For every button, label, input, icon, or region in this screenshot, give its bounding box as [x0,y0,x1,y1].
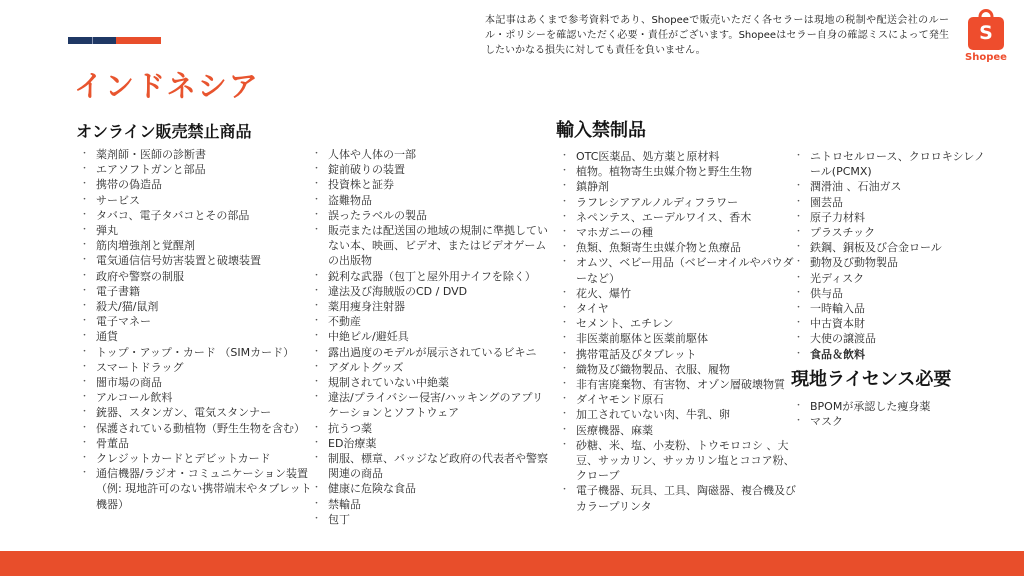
list-item: ・筋肉増強剤と覚醒剤 [78,238,318,253]
list-item: ・潤滑油 、石油ガス [792,179,994,194]
list-item: ・魚類、魚類寄生虫媒介物と魚療品 [558,240,800,255]
bullet-icon: ・ [78,451,96,466]
bullet-icon: ・ [310,147,328,162]
bullet-icon: ・ [558,210,576,225]
list-item: ・携帯電話及びタブレット [558,347,800,362]
bullet-icon: ・ [78,421,96,436]
bullet-icon: ・ [78,147,96,162]
list-item-text: ラフレシアアルノルディフラワー [576,195,800,210]
bag-handle-icon [979,9,994,22]
bullet-icon: ・ [792,301,810,316]
bullet-icon: ・ [310,208,328,223]
list-item-text: 鉄鋼、銅板及び合金ロール [810,240,994,255]
list-item-text: 光ディスク [810,271,994,286]
bullet-icon: ・ [310,314,328,329]
list-item: ・加工されていない肉、牛乳、卵 [558,407,800,422]
list-item-text: 携帯の偽造品 [96,177,318,192]
bullet-icon: ・ [792,331,810,346]
list-item-text: 鎮静剤 [576,179,800,194]
list-item-text: 筋肉増強剤と覚醒剤 [96,238,318,253]
list-item: ・違法及び海賊版のCD / DVD [310,284,552,299]
list-item-text: 銃器、スタンガン、電気スタンナー [96,405,318,420]
bullet-icon: ・ [78,223,96,238]
list-item-text: BPOMが承認した痩身薬 [810,399,1002,414]
list-item: ・鉄鋼、銅板及び合金ロール [792,240,994,255]
list-item-text: 電気通信信号妨害装置と破壊装置 [96,253,318,268]
list-item: ・動物及び動物製品 [792,255,994,270]
bullet-icon: ・ [78,177,96,192]
list-item-text: 包丁 [328,512,552,527]
list-item: ・露出過度のモデルが展示されているビキニ [310,345,552,360]
shopee-logo: S Shopee [959,6,1013,63]
list-item: ・抗うつ薬 [310,421,552,436]
list-item-text: 非有害廃棄物、有害物、オゾン層破壊物質 [576,377,800,392]
list-item: ・スマートドラッグ [78,360,318,375]
list-item-text: ダイヤモンド原石 [576,392,800,407]
list-item: ・大使の譲渡品 [792,331,994,346]
license-required-list: ・BPOMが承認した痩身薬・マスク [792,399,1002,429]
list-item-text: 通信機器/ラジオ・コミュニケーション装置 （例: 現地許可のない携帯端末やタブレ… [96,466,318,512]
bullet-icon: ・ [558,483,576,513]
bullet-icon: ・ [78,253,96,268]
bullet-icon: ・ [558,164,576,179]
list-item-text: トップ・アップ・カード （SIMカード） [96,345,318,360]
list-item: ・BPOMが承認した痩身薬 [792,399,1002,414]
list-item: ・鎮静剤 [558,179,800,194]
list-item-text: 原子力材料 [810,210,994,225]
list-item: ・セメント、エチレン [558,316,800,331]
bullet-icon: ・ [78,238,96,253]
list-item-text: 露出過度のモデルが展示されているビキニ [328,345,552,360]
bullet-icon: ・ [792,271,810,286]
bullet-icon: ・ [78,269,96,284]
list-item-text: マホガニーの種 [576,225,800,240]
list-item: ・人体や人体の一部 [310,147,552,162]
list-item: ・中絶ピル/避妊具 [310,329,552,344]
list-item-text: 食品＆飲料 [810,347,994,362]
list-item-text: 販売または配送国の地域の規制に準拠していない本、映画、ビデオ、またはビデオゲーム… [328,223,552,269]
list-item: ・殺犬/猫/鼠剤 [78,299,318,314]
list-item: ・ラフレシアアルノルディフラワー [558,195,800,210]
bullet-icon: ・ [310,390,328,420]
list-item: ・トップ・アップ・カード （SIMカード） [78,345,318,360]
list-item-text: 医療機器、麻薬 [576,423,800,438]
list-item-text: 抗うつ薬 [328,421,552,436]
list-item: ・盗難物品 [310,193,552,208]
list-item-text: OTC医薬品、処方薬と原材料 [576,149,800,164]
bullet-icon: ・ [558,149,576,164]
list-item: ・薬用痩身注射器 [310,299,552,314]
list-item-text: 人体や人体の一部 [328,147,552,162]
bullet-icon: ・ [310,345,328,360]
list-item: ・ネペンテス、エーデルワイス、香木 [558,210,800,225]
shopee-bag-icon: S [968,17,1004,50]
list-item: ・闇市場の商品 [78,375,318,390]
page-title: インドネシア [74,64,260,105]
list-item-text: 鋭利な武器（包丁と屋外用ナイフを除く） [328,269,552,284]
list-item-text: アルコール飲料 [96,390,318,405]
section-heading-import-ban: 輸入禁制品 [556,116,646,142]
bullet-icon: ・ [310,269,328,284]
shopee-wordmark: Shopee [959,52,1013,63]
list-item-text: 通貨 [96,329,318,344]
list-item-text: プラスチック [810,225,994,240]
list-item-text: 花火、爆竹 [576,286,800,301]
list-item-text: 携帯電話及びタブレット [576,347,800,362]
list-item: ・制服、標章、バッジなど政府の代表者や警察関連の商品 [310,451,552,481]
list-item: ・通信機器/ラジオ・コミュニケーション装置 （例: 現地許可のない携帯端末やタブ… [78,466,318,512]
list-item-text: 加工されていない肉、牛乳、卵 [576,407,800,422]
list-item: ・弾丸 [78,223,318,238]
list-item: ・ED治療薬 [310,436,552,451]
bullet-icon: ・ [558,392,576,407]
bullet-icon: ・ [792,414,810,429]
list-item: ・ダイヤモンド原石 [558,392,800,407]
import-ban-list-col2: ・ニトロセルロース、クロロキシレノール(PCMX)・潤滑油 、石油ガス・園芸品・… [792,149,994,362]
list-item: ・保護されている動植物（野生生物を含む） [78,421,318,436]
bullet-icon: ・ [310,284,328,299]
list-item: ・電気通信信号妨害装置と破壊装置 [78,253,318,268]
bullet-icon: ・ [310,451,328,481]
list-item-text: 中古資本財 [810,316,994,331]
list-item-text: タイヤ [576,301,800,316]
bullet-icon: ・ [558,286,576,301]
list-item-text: 盗難物品 [328,193,552,208]
bullet-icon: ・ [558,423,576,438]
section-heading-online-ban: オンライン販売禁止商品 [76,119,252,142]
list-item: ・携帯の偽造品 [78,177,318,192]
bullet-icon: ・ [78,375,96,390]
bullet-icon: ・ [310,375,328,390]
bullet-icon: ・ [78,390,96,405]
bullet-icon: ・ [792,316,810,331]
deco-orange-segment [116,37,161,44]
online-ban-list-col2: ・人体や人体の一部・錠前破りの装置・投資株と証券・盗難物品・誤ったラベルの製品・… [310,147,552,527]
list-item: ・骨董品 [78,436,318,451]
bullet-icon: ・ [78,345,96,360]
list-item: ・銃器、スタンガン、電気スタンナー [78,405,318,420]
bullet-icon: ・ [310,421,328,436]
bullet-icon: ・ [78,299,96,314]
list-item-text: セメント、エチレン [576,316,800,331]
list-item: ・非有害廃棄物、有害物、オゾン層破壊物質 [558,377,800,392]
bullet-icon: ・ [310,497,328,512]
list-item: ・アダルトグッズ [310,360,552,375]
list-item-text: 動物及び動物製品 [810,255,994,270]
bullet-icon: ・ [310,299,328,314]
list-item-text: クレジットカードとデビットカード [96,451,318,466]
list-item-text: 砂糖、米、塩、小麦粉、トウモロコシ 、大豆、サッカリン、サッカリン塩とココア粉、… [576,438,800,484]
list-item-text: 一時輸入品 [810,301,994,316]
list-item-text: 潤滑油 、石油ガス [810,179,994,194]
list-item: ・通貨 [78,329,318,344]
list-item-text: 政府や警察の制服 [96,269,318,284]
list-item-text: 植物。植物寄生虫媒介物と野生生物 [576,164,800,179]
bullet-icon: ・ [558,195,576,210]
bullet-icon: ・ [792,399,810,414]
bullet-icon: ・ [558,301,576,316]
bullet-icon: ・ [792,149,810,179]
bullet-icon: ・ [792,255,810,270]
bullet-icon: ・ [558,331,576,346]
bullet-icon: ・ [558,240,576,255]
list-item: ・花火、爆竹 [558,286,800,301]
list-item-text: ニトロセルロース、クロロキシレノール(PCMX) [810,149,994,179]
bullet-icon: ・ [310,193,328,208]
bullet-icon: ・ [310,162,328,177]
list-item: ・鋭利な武器（包丁と屋外用ナイフを除く） [310,269,552,284]
bullet-icon: ・ [310,436,328,451]
list-item-text: 電子機器、玩具、工具、陶磁器、複合機及びカラープリンタ [576,483,800,513]
list-item-text: 誤ったラベルの製品 [328,208,552,223]
bullet-icon: ・ [558,225,576,240]
bullet-icon: ・ [792,240,810,255]
bullet-icon: ・ [310,481,328,496]
list-item-text: オムツ、ベビー用品（ベビーオイルやパウダーなど） [576,255,800,285]
decorative-bar [68,37,161,44]
list-item-text: 制服、標章、バッジなど政府の代表者や警察関連の商品 [328,451,552,481]
list-item: ・マスク [792,414,1002,429]
list-item-text: 殺犬/猫/鼠剤 [96,299,318,314]
list-item-text: 大使の譲渡品 [810,331,994,346]
list-item-text: 中絶ピル/避妊具 [328,329,552,344]
list-item: ・ニトロセルロース、クロロキシレノール(PCMX) [792,149,994,179]
list-item-text: 禁輸品 [328,497,552,512]
bullet-icon: ・ [78,360,96,375]
list-item: ・タイヤ [558,301,800,316]
list-item-text: マスク [810,414,1002,429]
list-item: ・規制されていない中絶薬 [310,375,552,390]
list-item-text: 違法及び海賊版のCD / DVD [328,284,552,299]
bullet-icon: ・ [792,195,810,210]
deco-navy-segment [68,37,92,44]
list-item: ・マホガニーの種 [558,225,800,240]
list-item-text: 違法/プライバシー侵害/ハッキングのアプリケーションとソフトウェア [328,390,552,420]
bullet-icon: ・ [558,179,576,194]
list-item: ・販売または配送国の地域の規制に準拠していない本、映画、ビデオ、またはビデオゲー… [310,223,552,269]
footer-bar [0,551,1024,576]
bullet-icon: ・ [78,284,96,299]
list-item: ・プラスチック [792,225,994,240]
list-item: ・サービス [78,193,318,208]
list-item-text: 規制されていない中絶薬 [328,375,552,390]
list-item: ・タバコ、電子タバコとその部品 [78,208,318,223]
bullet-icon: ・ [78,436,96,451]
list-item: ・政府や警察の制服 [78,269,318,284]
bullet-icon: ・ [792,179,810,194]
bullet-icon: ・ [558,347,576,362]
list-item-text: タバコ、電子タバコとその部品 [96,208,318,223]
disclaimer-text: 本記事はあくまで参考資料であり、Shopeeで販売いただく各セラーは現地の税制や… [485,13,949,58]
import-ban-list-col1: ・OTC医薬品、処方薬と原材料・植物。植物寄生虫媒介物と野生生物・鎮静剤・ラフレ… [558,149,800,514]
bullet-icon: ・ [78,329,96,344]
bullet-icon: ・ [792,286,810,301]
bullet-icon: ・ [78,466,96,512]
list-item: ・園芸品 [792,195,994,210]
online-ban-list-col1: ・薬剤師・医師の診断書・エアソフトガンと部品・携帯の偽造品・サービス・タバコ、電… [78,147,318,512]
list-item-text: 供与品 [810,286,994,301]
bullet-icon: ・ [792,225,810,240]
list-item: ・電子書籍 [78,284,318,299]
bullet-icon: ・ [558,407,576,422]
list-item-text: 保護されている動植物（野生生物を含む） [96,421,318,436]
list-item-text: 魚類、魚類寄生虫媒介物と魚療品 [576,240,800,255]
bullet-icon: ・ [558,255,576,285]
bullet-icon: ・ [310,329,328,344]
bullet-icon: ・ [310,223,328,269]
list-item: ・医療機器、麻薬 [558,423,800,438]
bullet-icon: ・ [78,193,96,208]
list-item-text: 電子書籍 [96,284,318,299]
list-item-text: ネペンテス、エーデルワイス、香木 [576,210,800,225]
bullet-icon: ・ [310,512,328,527]
list-item-text: サービス [96,193,318,208]
list-item: ・不動産 [310,314,552,329]
bullet-icon: ・ [558,438,576,484]
list-item: ・投資株と証券 [310,177,552,192]
list-item-text: スマートドラッグ [96,360,318,375]
bullet-icon: ・ [78,208,96,223]
list-item-text: 園芸品 [810,195,994,210]
list-item: ・誤ったラベルの製品 [310,208,552,223]
bullet-icon: ・ [310,360,328,375]
list-item: ・光ディスク [792,271,994,286]
list-item-text: 弾丸 [96,223,318,238]
list-item: ・織物及び織物製品、衣服、履物 [558,362,800,377]
list-item: ・非医薬前駆体と医薬前駆体 [558,331,800,346]
list-item: ・中古資本財 [792,316,994,331]
list-item: ・電子マネー [78,314,318,329]
list-item: ・一時輸入品 [792,301,994,316]
bullet-icon: ・ [78,162,96,177]
list-item-text: アダルトグッズ [328,360,552,375]
bullet-icon: ・ [558,316,576,331]
bullet-icon: ・ [792,347,810,362]
bullet-icon: ・ [78,405,96,420]
bullet-icon: ・ [558,362,576,377]
list-item-text: エアソフトガンと部品 [96,162,318,177]
list-item: ・エアソフトガンと部品 [78,162,318,177]
list-item-text: ED治療薬 [328,436,552,451]
list-item: ・錠前破りの装置 [310,162,552,177]
bullet-icon: ・ [558,377,576,392]
bullet-icon: ・ [792,210,810,225]
list-item-text: 健康に危険な食品 [328,481,552,496]
list-item: ・違法/プライバシー侵害/ハッキングのアプリケーションとソフトウェア [310,390,552,420]
list-item: ・砂糖、米、塩、小麦粉、トウモロコシ 、大豆、サッカリン、サッカリン塩とココア粉… [558,438,800,484]
bullet-icon: ・ [310,177,328,192]
list-item: ・クレジットカードとデビットカード [78,451,318,466]
slide-page: 本記事はあくまで参考資料であり、Shopeeで販売いただく各セラーは現地の税制や… [0,0,1024,576]
list-item: ・OTC医薬品、処方薬と原材料 [558,149,800,164]
section-heading-license: 現地ライセンス必要 [791,365,951,391]
list-item: ・原子力材料 [792,210,994,225]
list-item: ・禁輸品 [310,497,552,512]
list-item: ・包丁 [310,512,552,527]
list-item: ・植物。植物寄生虫媒介物と野生生物 [558,164,800,179]
bullet-icon: ・ [78,314,96,329]
list-item-text: 薬剤師・医師の診断書 [96,147,318,162]
list-item-text: 薬用痩身注射器 [328,299,552,314]
list-item: ・アルコール飲料 [78,390,318,405]
list-item-text: 電子マネー [96,314,318,329]
list-item-text: 骨董品 [96,436,318,451]
list-item: ・供与品 [792,286,994,301]
list-item: ・食品＆飲料 [792,347,994,362]
list-item: ・健康に危険な食品 [310,481,552,496]
deco-navy-segment-2 [93,37,116,44]
list-item-text: 不動産 [328,314,552,329]
list-item: ・オムツ、ベビー用品（ベビーオイルやパウダーなど） [558,255,800,285]
list-item-text: 錠前破りの装置 [328,162,552,177]
list-item: ・薬剤師・医師の診断書 [78,147,318,162]
list-item-text: 非医薬前駆体と医薬前駆体 [576,331,800,346]
list-item: ・電子機器、玩具、工具、陶磁器、複合機及びカラープリンタ [558,483,800,513]
list-item-text: 闇市場の商品 [96,375,318,390]
list-item-text: 投資株と証券 [328,177,552,192]
list-item-text: 織物及び織物製品、衣服、履物 [576,362,800,377]
